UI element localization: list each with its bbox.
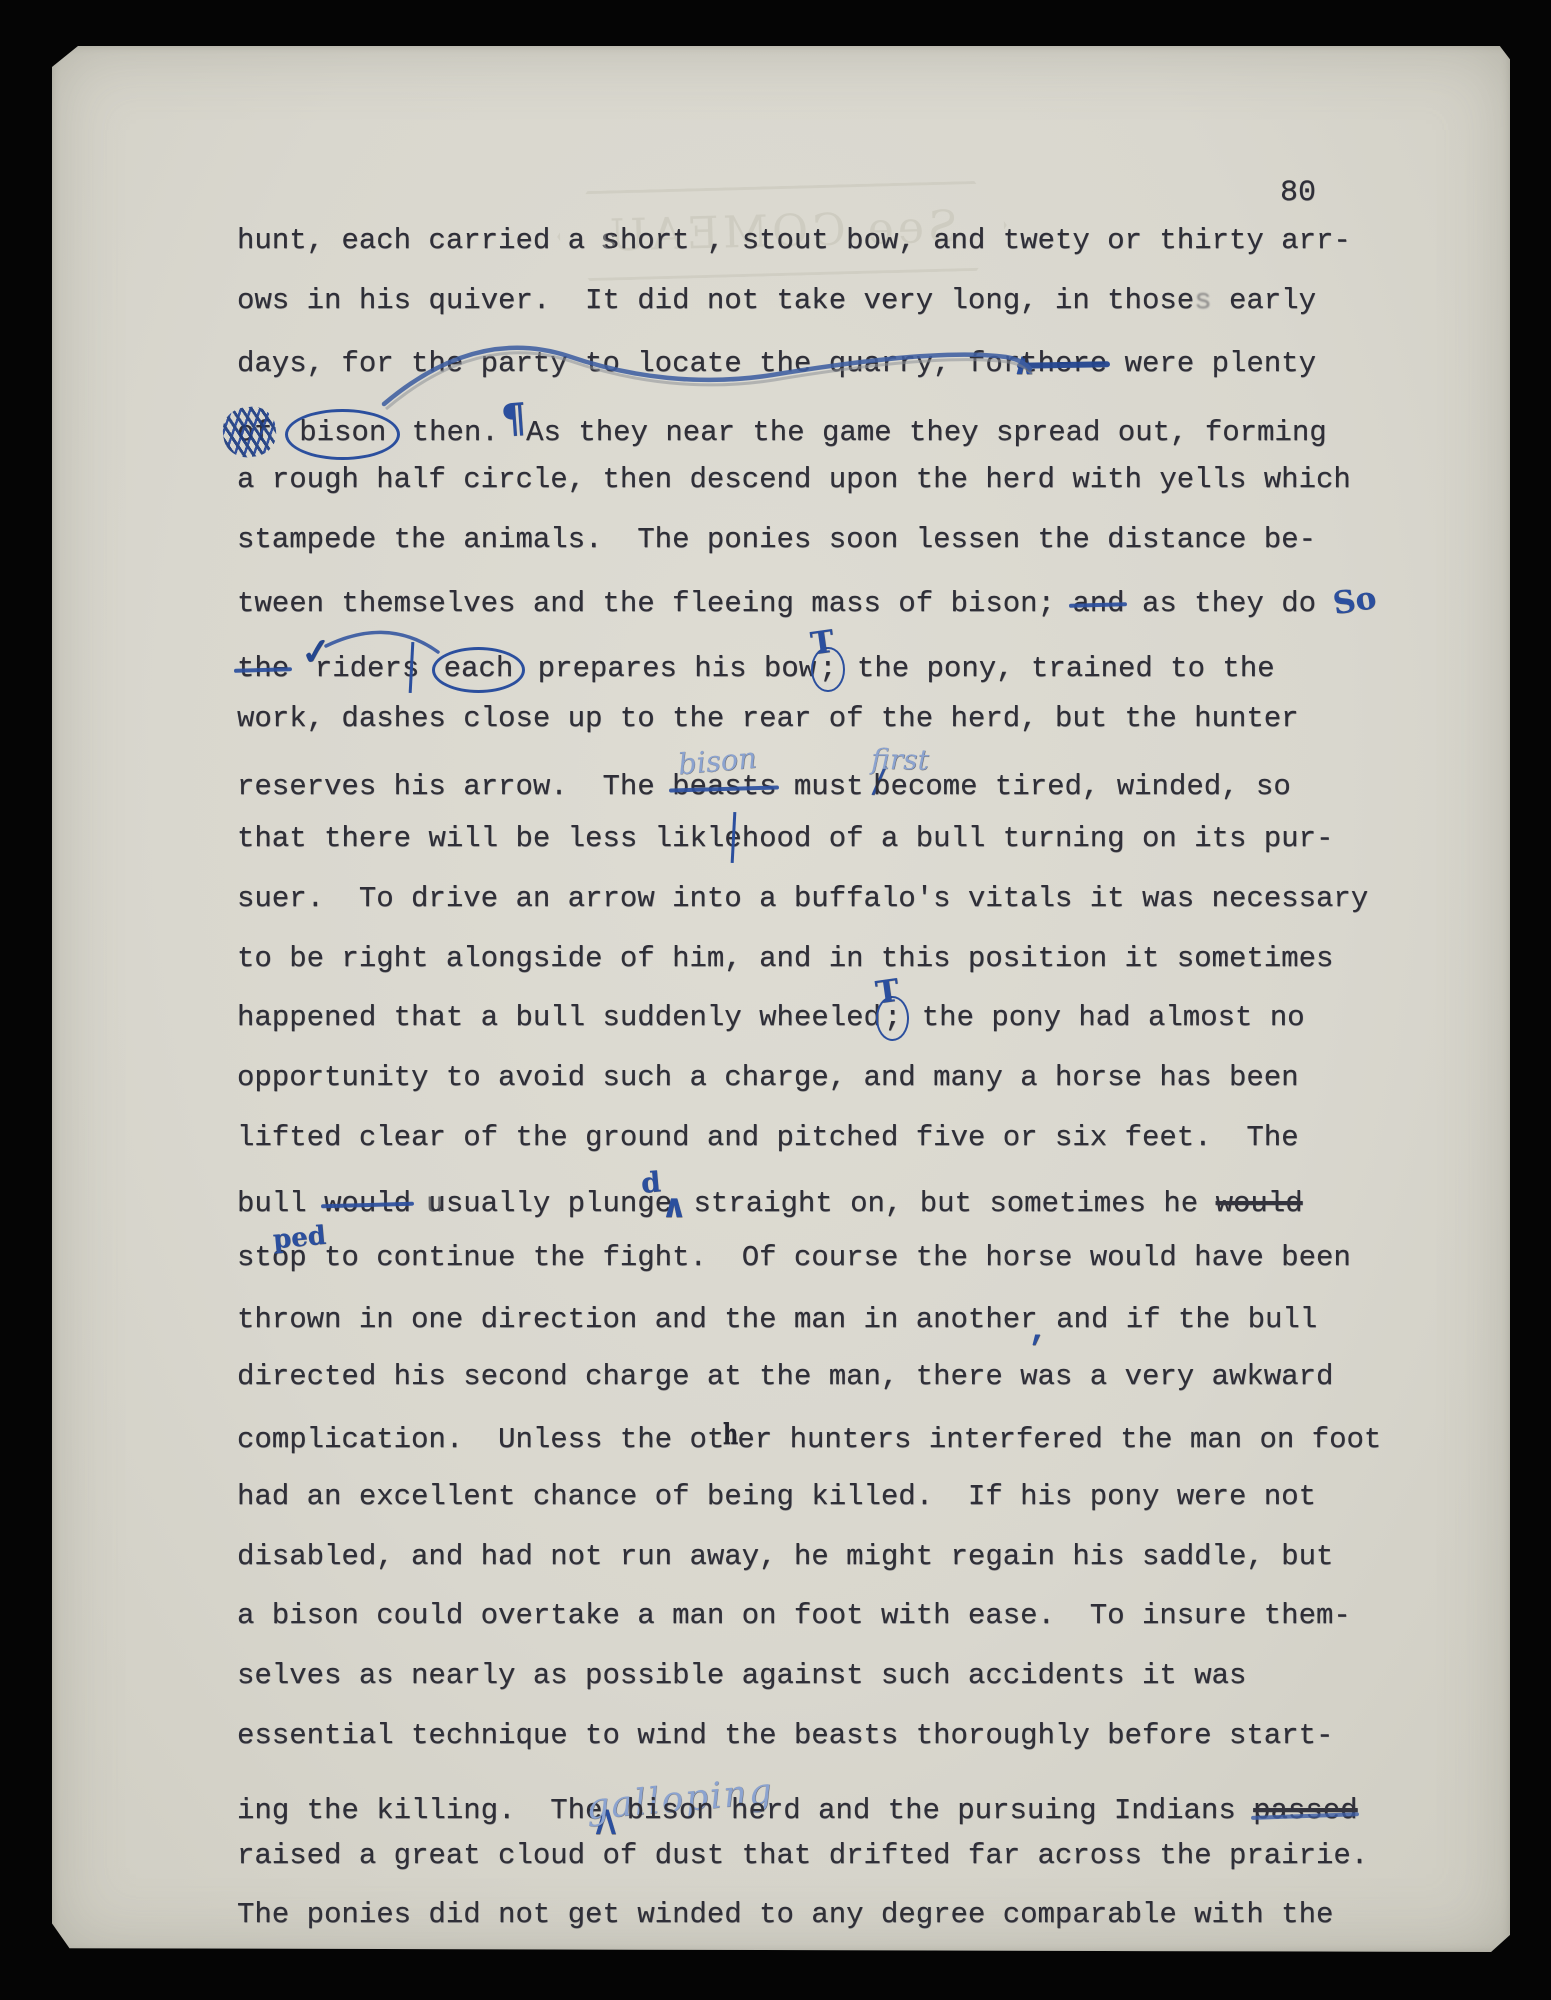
typed-line: lifted clear of the ground and pitched f…	[237, 1121, 1299, 1161]
typed-segment: ing the killing. The	[237, 1794, 602, 1827]
typed-segment: a bison could overtake a man on foot wit…	[237, 1599, 1351, 1632]
typed-text: hunt, each carried a short , stout bow, …	[0, 0, 1551, 2000]
typed-segment	[411, 1187, 428, 1220]
typed-segment: selves as nearly as possible against suc…	[237, 1659, 1246, 1692]
typed-segment: er hunters interfered the man on foot	[737, 1423, 1381, 1456]
typed-segment: were plenty	[1107, 347, 1316, 380]
typed-segment: must	[777, 770, 881, 803]
typed-line: essential technique to wind the beasts t…	[237, 1719, 1333, 1759]
edited-segment: bison	[285, 409, 400, 460]
typed-segment: As they near the game they spread out, f…	[526, 416, 1327, 449]
typed-segment: early	[1212, 284, 1316, 317]
typed-segment: straight on, but sometimes he	[676, 1187, 1216, 1220]
typed-segment: stopped	[237, 1241, 307, 1274]
edited-segment: u	[428, 1187, 445, 1220]
typed-line: selves as nearly as possible against suc…	[237, 1659, 1246, 1699]
typed-segment: days, for the party to locate the quarry…	[237, 347, 1020, 380]
typed-segment: the pony, trained to the	[840, 652, 1275, 685]
edited-segment: of	[237, 416, 272, 449]
typed-segment: hunt, each carried a	[237, 224, 602, 257]
typed-line: complication. Unless the other hunters i…	[237, 1420, 1381, 1460]
edited-segment: there	[1020, 347, 1107, 380]
typed-segment: tween themselves and the fleeing mass of…	[237, 587, 1072, 620]
typed-segment: that there will be less likl	[237, 822, 724, 855]
typed-segment: thrown in one direction and the man in a…	[237, 1303, 1038, 1336]
typed-segment: happened that a bull suddenly wheeled	[237, 1001, 881, 1034]
typed-line: reserves his arrow. The beastsbison must…	[237, 762, 1291, 802]
typed-segment: the pony had almost no	[904, 1001, 1304, 1034]
typed-line: raised a great cloud of dust that drifte…	[237, 1839, 1368, 1879]
edited-segment: passed	[1253, 1794, 1357, 1827]
typed-segment: and if the bull	[1039, 1303, 1317, 1336]
edited-segment: each	[432, 647, 526, 693]
typed-segment: a rough half circle, then descend upon t…	[237, 463, 1351, 496]
handwritten-annotation: bison	[677, 743, 758, 779]
typed-line: tween themselves and the fleeing mass of…	[237, 583, 1376, 623]
edited-segment: e	[724, 822, 741, 855]
typed-line: suer. To drive an arrow into a buffalo's…	[237, 882, 1368, 922]
typed-segment: stampede the animals. The ponies soon le…	[237, 523, 1316, 556]
typed-line: that there will be less liklehood of a b…	[237, 822, 1333, 862]
typed-line: days, for the party to locate the quarry…	[237, 344, 1316, 384]
typed-line: ows in his quiver. It did not take very …	[237, 284, 1316, 324]
typed-line: the ✓riders each prepares his bow;T the …	[237, 643, 1275, 683]
typed-segment: directed his second charge at the man, t…	[237, 1360, 1333, 1393]
edited-segment: and	[1072, 587, 1124, 620]
typed-segment: to continue the fight. Of course the hor…	[307, 1241, 1351, 1274]
typed-segment: essential technique to wind the beasts t…	[237, 1719, 1333, 1752]
typed-segment: then.	[394, 416, 498, 449]
edited-segment: would	[324, 1187, 411, 1220]
typed-segment: suer. To drive an arrow into a buffalo's…	[237, 882, 1368, 915]
typed-segment: ows in his quiver. It did not take very …	[237, 284, 1194, 317]
typed-segment: reserves his arrow. The	[237, 770, 672, 803]
typed-line: ing the killing. The∧galloping bison her…	[237, 1779, 1358, 1819]
typed-segment: work, dashes close up to the rear of the…	[237, 702, 1299, 735]
typed-segment: as they do	[1125, 587, 1334, 620]
typed-segment: bull	[237, 1187, 324, 1220]
typed-line: to be right alongside of him, and in thi…	[237, 942, 1333, 982]
typed-segment: lifted clear of the ground and pitched f…	[237, 1121, 1299, 1154]
edited-segment: s	[1194, 284, 1211, 317]
typed-segment: rider	[315, 652, 402, 685]
typed-segment: opportunity to avoid such a charge, and …	[237, 1061, 1299, 1094]
typed-segment: had an excellent chance of being killed.…	[237, 1480, 1316, 1513]
typed-segment: sually plunge	[446, 1187, 672, 1220]
typed-line: stampede the animals. The ponies soon le…	[237, 523, 1316, 563]
typed-line: a rough half circle, then descend upon t…	[237, 463, 1351, 503]
typed-segment: raised a great cloud of dust that drifte…	[237, 1839, 1368, 1872]
typed-line: disabled, and had not run away, he might…	[237, 1540, 1333, 1580]
typed-segment: prepares his bow	[520, 652, 816, 685]
typed-segment: to be right alongside of him, and in thi…	[237, 942, 1333, 975]
typed-segment: disabled, and had not run away, he might…	[237, 1540, 1333, 1573]
scanned-manuscript-page: See COMEAU 80 hunt, each carried a short…	[0, 0, 1551, 2000]
typed-line: opportunity to avoid such a charge, and …	[237, 1061, 1299, 1101]
edited-segment: ¶	[499, 395, 528, 444]
edited-segment: s	[602, 224, 619, 257]
edited-segment: beastsbison	[672, 770, 776, 803]
edited-segment: the	[237, 652, 289, 685]
typed-line: thrown in one direction and the man in a…	[237, 1300, 1317, 1340]
typed-line: The ponies did not get winded to any deg…	[237, 1898, 1333, 1938]
typed-line: bull would usually plunge∧d straight on,…	[237, 1181, 1303, 1221]
edited-segment: So	[1331, 580, 1379, 622]
typed-segment: The ponies did not get winded to any deg…	[237, 1898, 1333, 1931]
typed-line: hunt, each carried a short , stout bow, …	[237, 224, 1351, 264]
typed-line: happened that a bull suddenly wheeled;T …	[237, 1001, 1305, 1041]
typed-line: stopped to continue the fight. Of course…	[237, 1241, 1351, 1281]
typed-line: directed his second charge at the man, t…	[237, 1360, 1333, 1400]
typed-segment: complication. Unless the ot	[237, 1423, 724, 1456]
typed-line: had an excellent chance of being killed.…	[237, 1480, 1316, 1520]
typed-line: work, dashes close up to the rear of the…	[237, 702, 1299, 742]
edited-segment: would	[1216, 1187, 1303, 1220]
typed-segment: bison herd and the pursuing Indians	[609, 1794, 1253, 1827]
typed-segment: become tired, winded, so	[873, 770, 1291, 803]
typed-segment: hood of a bull turning on its pur-	[742, 822, 1334, 855]
typed-line: a bison could overtake a man on foot wit…	[237, 1599, 1351, 1639]
edited-segment: s	[402, 652, 419, 685]
typed-line: of bison then.¶As they near the game the…	[237, 403, 1327, 443]
typed-segment: hort , stout bow, and twety or thirty ar…	[620, 224, 1351, 257]
